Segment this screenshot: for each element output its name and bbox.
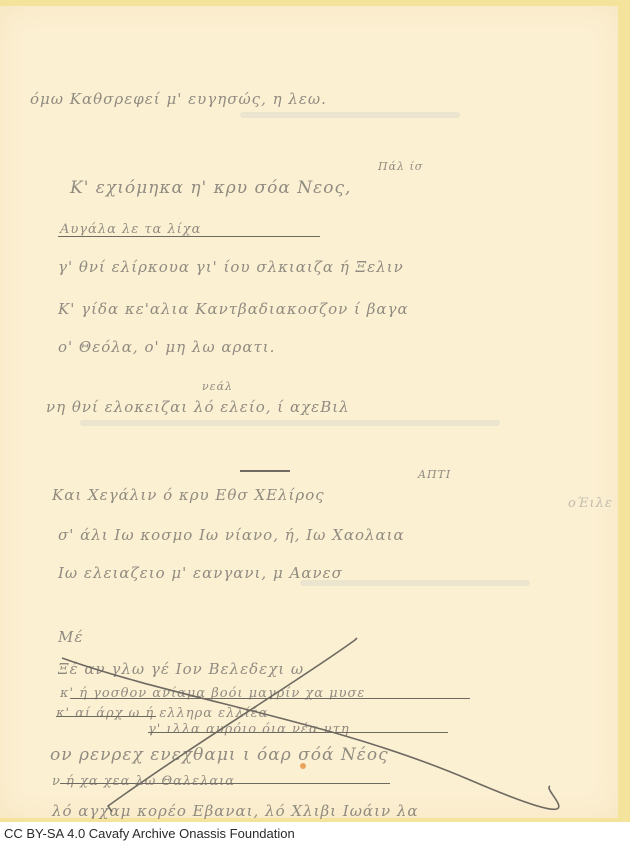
cross-out-x-mark [0,0,630,822]
license-caption: CC BY-SA 4.0 Cavafy Archive Onassis Foun… [4,826,295,841]
manuscript-scan: όμω Καθσρεφεί μ' ευγησώς, η λεω. Πάλ ίσ … [0,0,630,822]
